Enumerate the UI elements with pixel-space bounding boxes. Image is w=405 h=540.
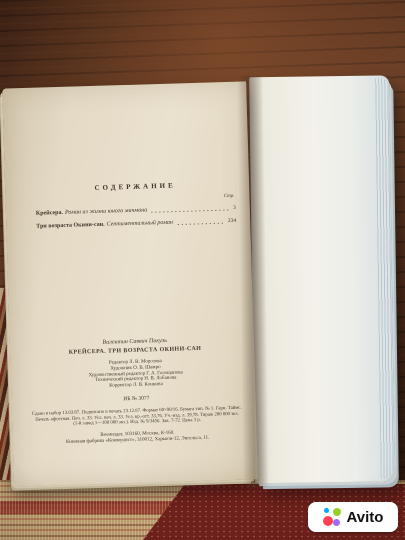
dot-leader (150, 208, 230, 214)
toc-entry-page: 234 (228, 218, 236, 225)
table-of-contents: СОДЕРЖАНИЕ Стр. Крейсера. Роман из жизни… (35, 180, 236, 231)
dot-leader (176, 221, 225, 226)
avito-logo-icon (323, 508, 341, 526)
left-page: СОДЕРЖАНИЕ Стр. Крейсера. Роман из жизни… (2, 81, 258, 486)
colophon-credits: Редактор Л. В. Морозова Художник О. В. Ш… (24, 357, 247, 393)
ib-number: ИБ № 3077 (25, 393, 247, 406)
toc-entry-page: 3 (233, 205, 236, 212)
imprint-block: Сдано в набор 13.03.87. Подписано в печа… (20, 405, 254, 429)
open-book: СОДЕРЖАНИЕ Стр. Крейсера. Роман из жизни… (3, 73, 395, 490)
contents-heading: СОДЕРЖАНИЕ (35, 180, 235, 194)
logo-dot-green (333, 508, 341, 516)
logo-dot-blue (324, 508, 329, 513)
colophon-block: Валентин Саввич Пикуль КРЕЙСЕРА. ТРИ ВОЗ… (24, 336, 249, 447)
right-page (249, 75, 395, 483)
page-column-label: Стр. (35, 194, 235, 205)
toc-entry-title: Три возраста Окини-сан. (36, 222, 105, 231)
toc-entry-subtitle: Сентиментальный роман (107, 220, 174, 229)
rug-red-stripe (0, 501, 190, 514)
avito-wordmark: Avito (347, 509, 384, 526)
book-photo: СОДЕРЖАНИЕ Стр. Крейсера. Роман из жизни… (0, 0, 405, 540)
toc-entry: Три возраста Окини-сан. Сентиментальный … (36, 218, 236, 231)
avito-watermark: Avito (308, 502, 398, 532)
toc-entry-subtitle: Роман из жизни юного мичмана (65, 207, 147, 216)
logo-dot-purple (333, 519, 340, 526)
toc-entry-title: Крейсера. (36, 210, 63, 218)
page-fore-edge (375, 78, 394, 478)
logo-dot-red (323, 516, 333, 526)
toc-entry: Крейсера. Роман из жизни юного мичмана 3 (36, 205, 236, 218)
